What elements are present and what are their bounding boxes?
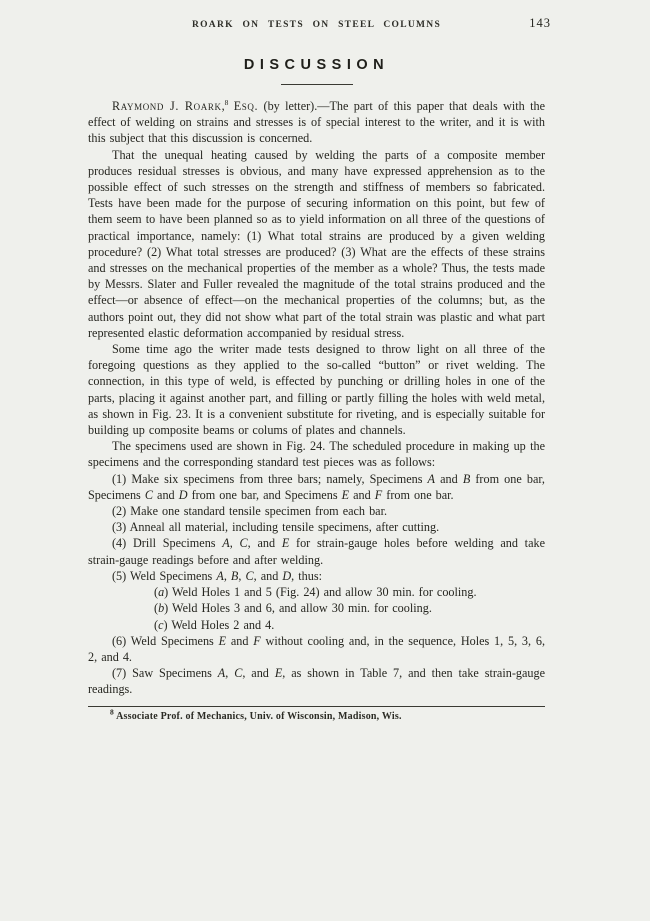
paragraph-button-welding: Some time ago the writer made tests desi…	[88, 341, 545, 438]
page-header: ROARK ON TESTS ON STEEL COLUMNS 143	[88, 20, 545, 34]
list-item-7: (7) Saw Specimens A, C, and E, as shown …	[88, 665, 545, 697]
scanned-paper-page: ROARK ON TESTS ON STEEL COLUMNS 143 DISC…	[0, 0, 650, 921]
list-item-4: (4) Drill Specimens A, C, and E for stra…	[88, 535, 545, 567]
text-column: ROARK ON TESTS ON STEEL COLUMNS 143 DISC…	[88, 0, 545, 722]
footnote: 8 Associate Prof. of Mechanics, Univ. of…	[88, 707, 545, 722]
list-item-6: (6) Weld Specimens E and F without cooli…	[88, 633, 545, 665]
paragraph-residual-stresses: That the unequal heating caused by weldi…	[88, 147, 545, 341]
list-item-1: (1) Make six specimens from three bars; …	[88, 471, 545, 503]
section-title: DISCUSSION	[88, 57, 545, 73]
paragraph-specimens-intro: The specimens used are shown in Fig. 24.…	[88, 438, 545, 470]
body-text: Raymond J. Roark,8 Esq. (by letter).—The…	[88, 98, 545, 698]
title-rule-divider	[281, 84, 353, 85]
sub-item-a: (a) Weld Holes 1 and 5 (Fig. 24) and all…	[88, 584, 545, 600]
list-item-2: (2) Make one standard tensile specimen f…	[88, 503, 545, 519]
page-number: 143	[529, 16, 551, 31]
running-header: ROARK ON TESTS ON STEEL COLUMNS	[88, 20, 545, 30]
list-item-3: (3) Anneal all material, including tensi…	[88, 519, 545, 535]
list-item-5: (5) Weld Specimens A, B, C, and D, thus:	[88, 568, 545, 584]
paragraph-intro: Raymond J. Roark,8 Esq. (by letter).—The…	[88, 98, 545, 147]
sub-item-c: (c) Weld Holes 2 and 4.	[88, 617, 545, 633]
footnote-text: Associate Prof. of Mechanics, Univ. of W…	[114, 711, 402, 722]
sub-item-b: (b) Weld Holes 3 and 6, and allow 30 min…	[88, 600, 545, 616]
